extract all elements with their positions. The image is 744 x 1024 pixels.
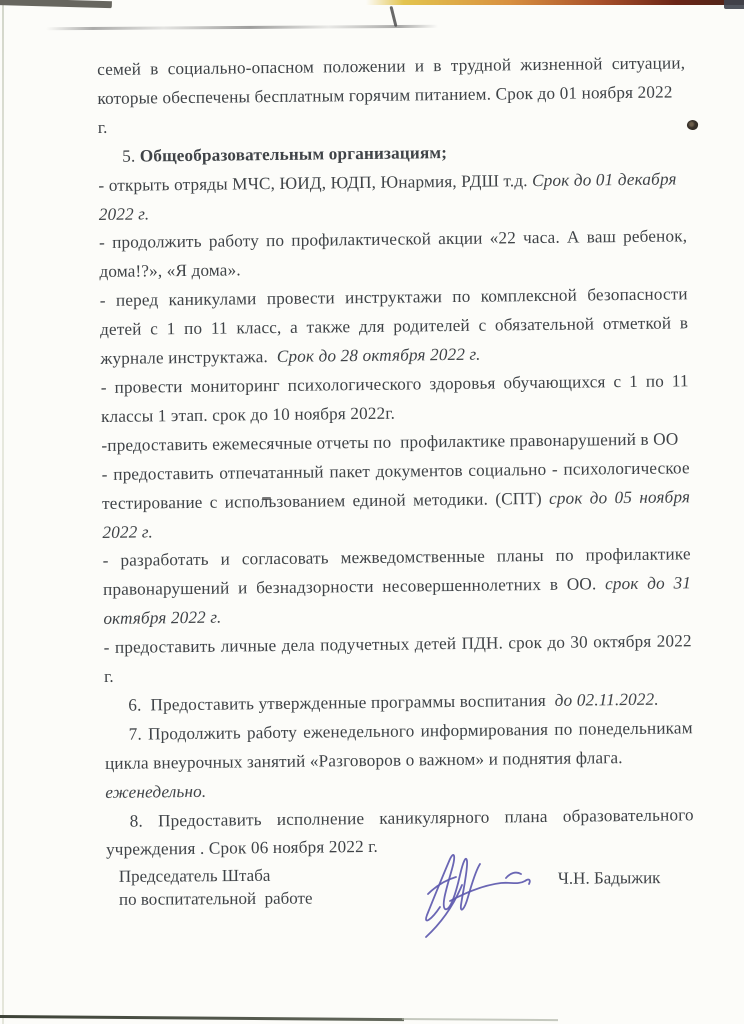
- scan-gradient-top: [366, 0, 744, 5]
- scan-edge-top-left: [0, 0, 112, 8]
- document-body: семей в социально-опасном положении и в …: [97, 49, 694, 865]
- signatory-title: Председатель Штаба по воспитательной раб…: [119, 864, 313, 911]
- page-bottom-edge: [0, 1015, 404, 1022]
- signatory-name: Ч.Н. Бадыжик: [558, 866, 661, 890]
- scan-corner-top-right: [724, 0, 744, 9]
- signature-block: Председатель Штаба по воспитательной раб…: [0, 858, 744, 943]
- ink-speck: [686, 119, 699, 131]
- page-bottom-edge-light: [402, 1018, 558, 1021]
- document-line: которые обеспечены бесплатным горячим пи…: [97, 78, 686, 142]
- scan-slash-mark: [389, 6, 397, 27]
- scan-smudge-line: [46, 25, 438, 30]
- signature-autograph-icon: [410, 845, 560, 945]
